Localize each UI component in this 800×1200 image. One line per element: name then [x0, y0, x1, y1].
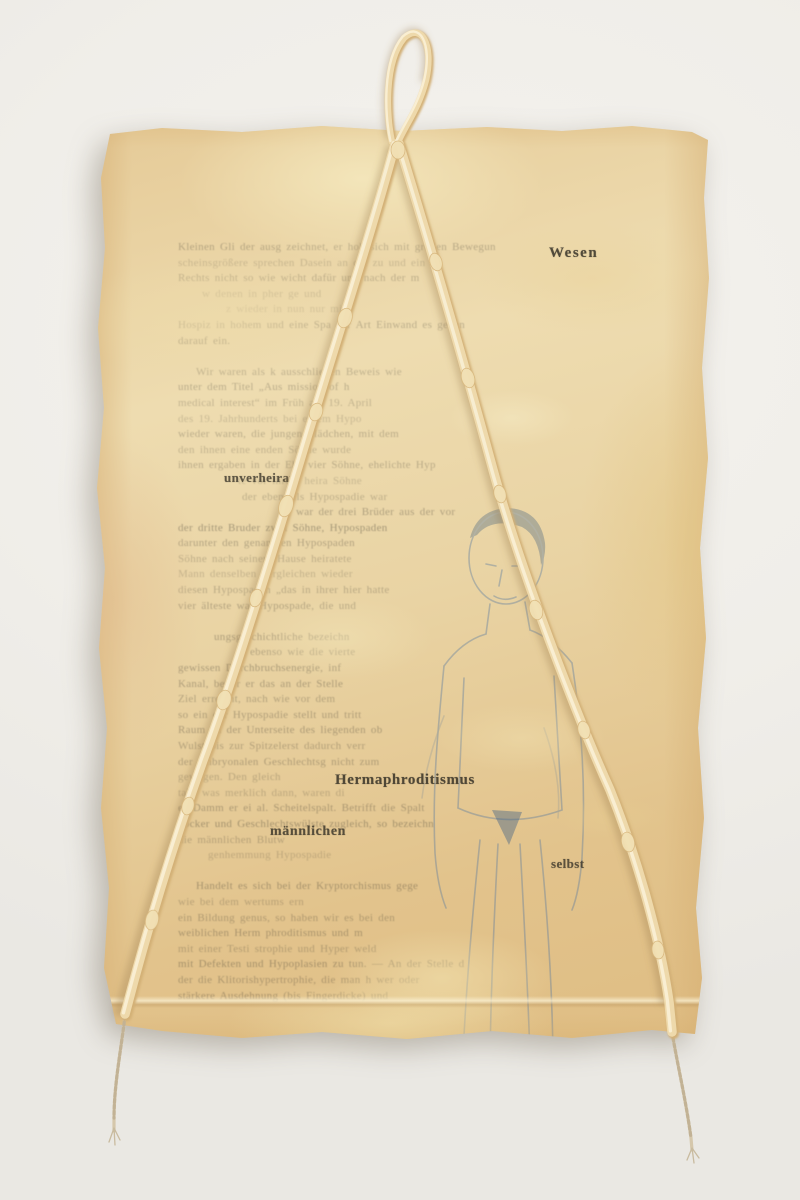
frayed-end-left [109, 1128, 120, 1145]
frayed-end-right [687, 1148, 699, 1163]
cord-wax-lumps [144, 141, 666, 960]
hanging-strings [109, 1016, 699, 1163]
cord-shadow [120, 32, 666, 1016]
wax-cord [0, 0, 800, 1200]
photo-canvas: { "scene": { "description": "Photograph … [0, 0, 800, 1200]
